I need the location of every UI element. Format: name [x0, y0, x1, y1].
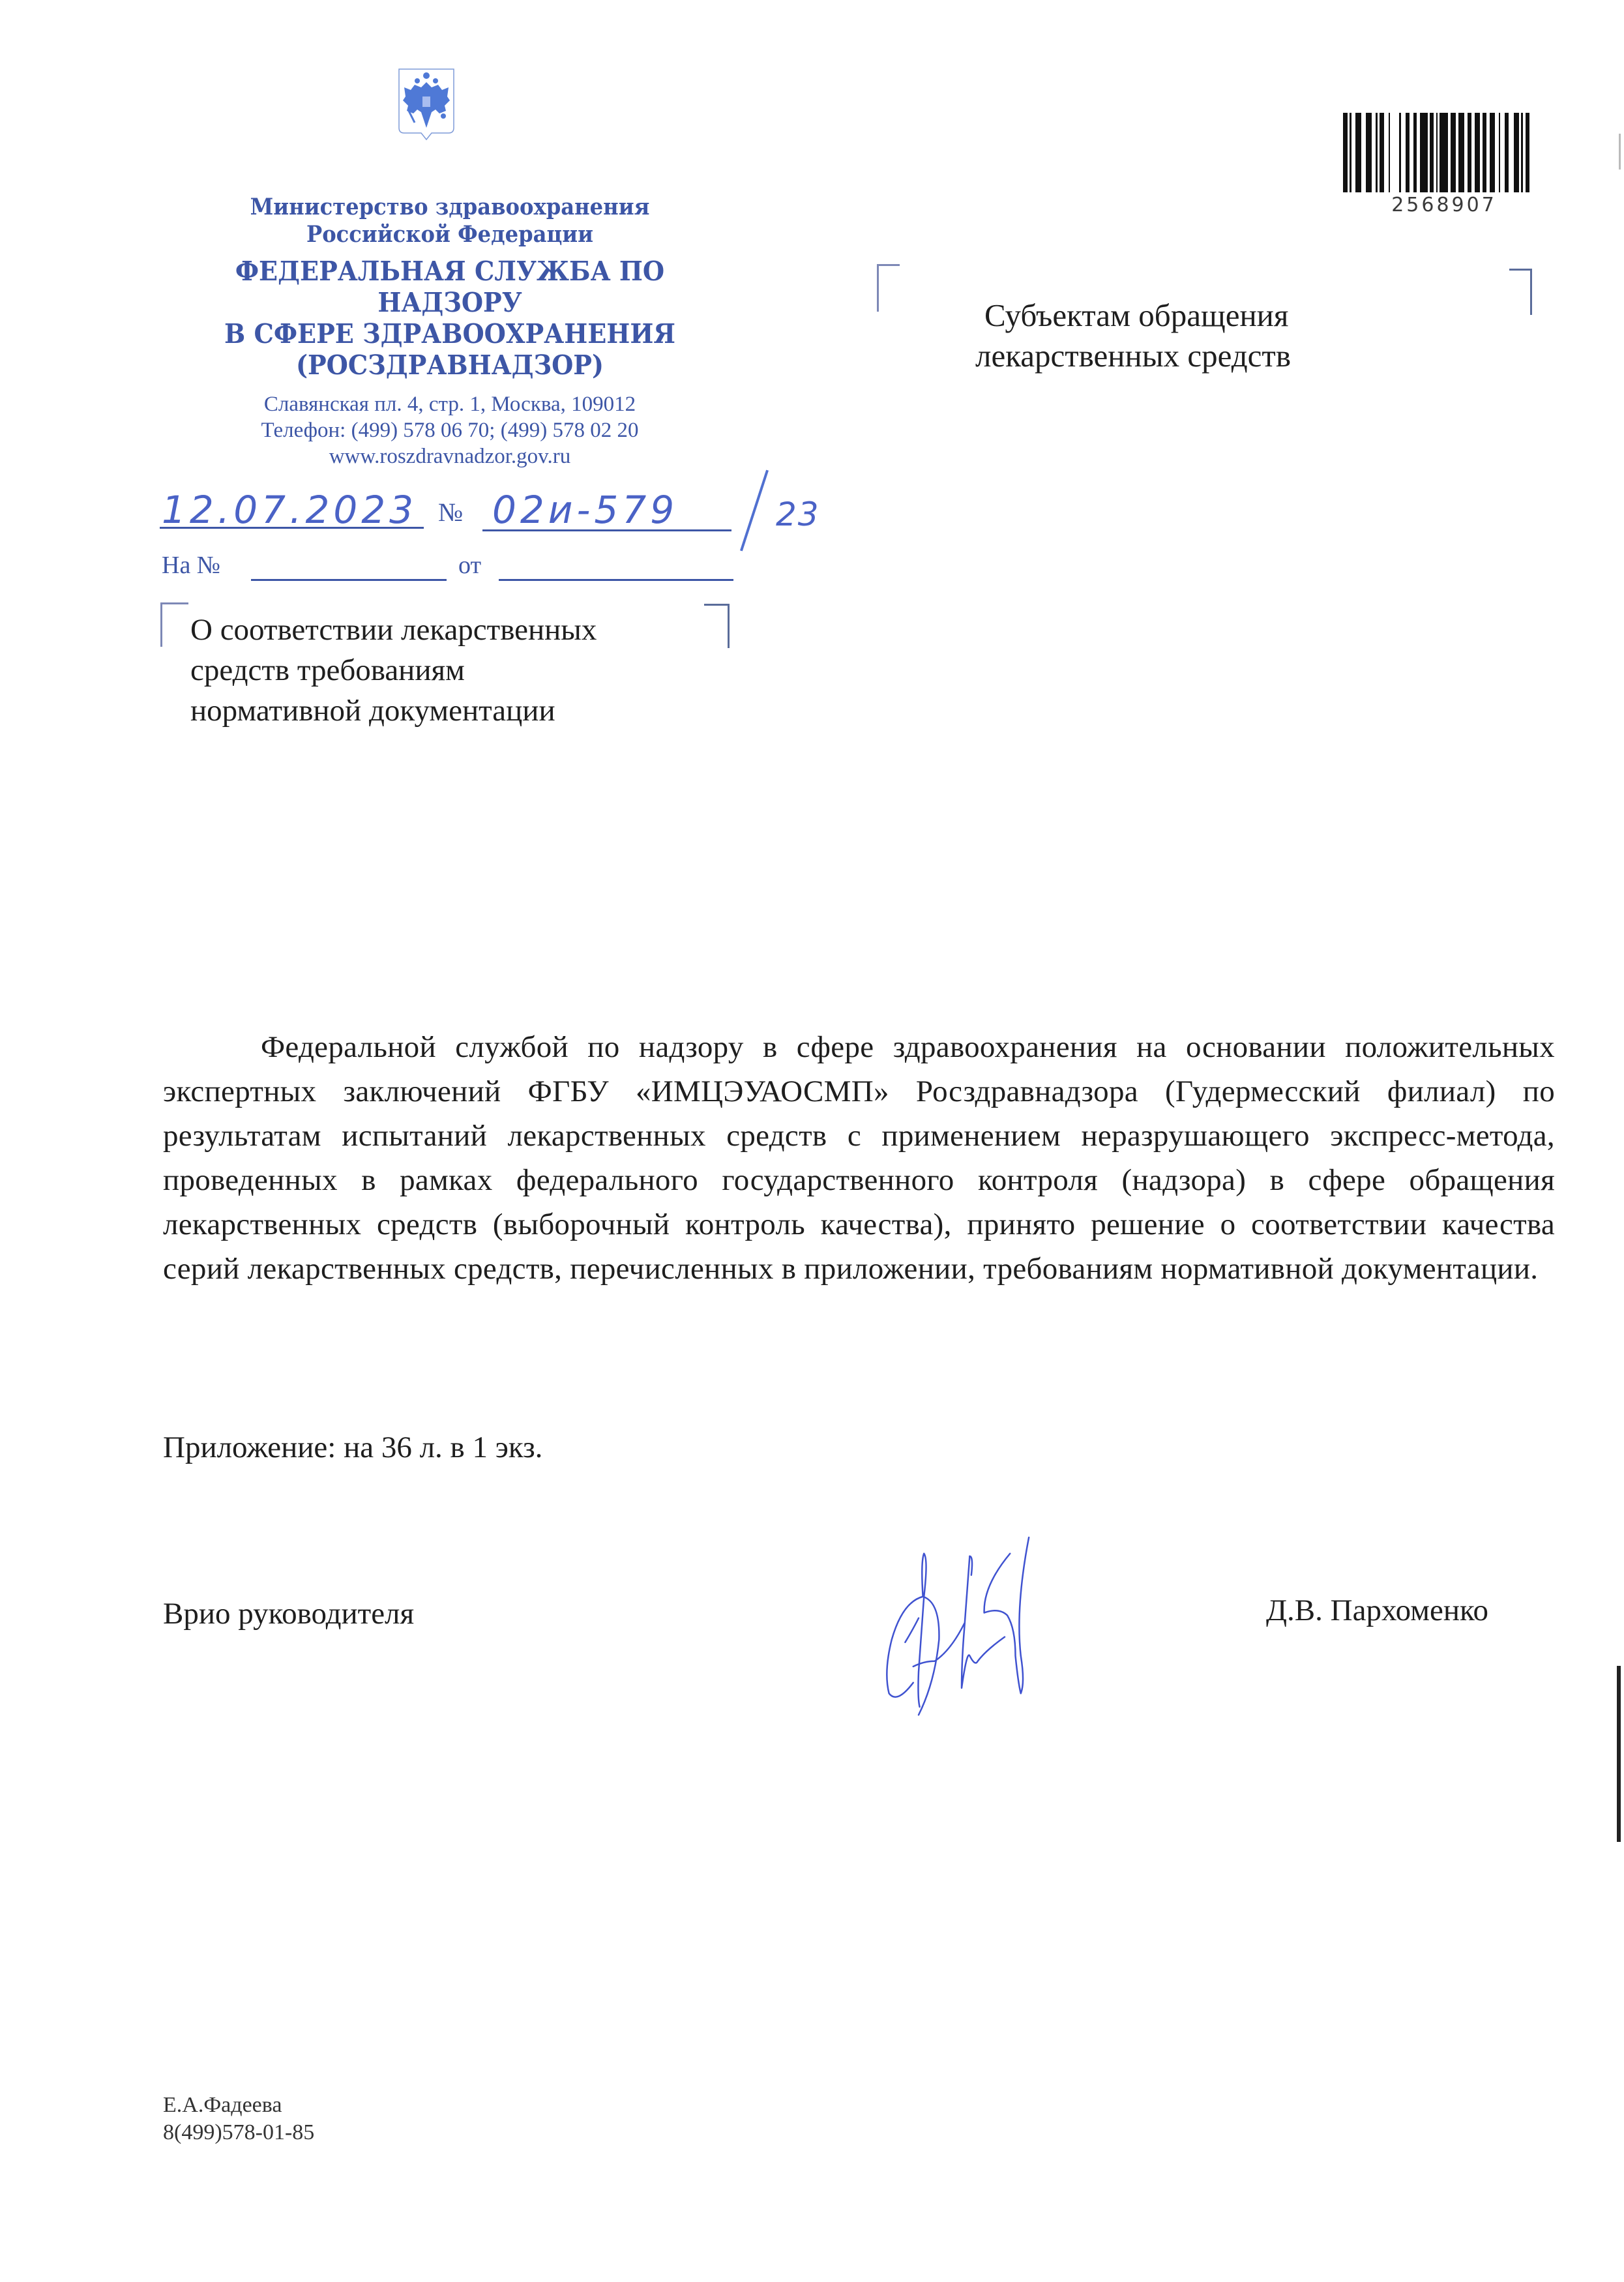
- subject-bracket-left: [160, 602, 188, 647]
- subject-line-1: О соответствии лекарственных: [190, 610, 597, 650]
- ministry-name: Министерство здравоохранения Российской …: [174, 194, 726, 248]
- reply-to-number-field: [251, 579, 447, 581]
- ministry-line-1: Министерство здравоохранения: [174, 194, 726, 221]
- subject-line-3: нормативной документации: [190, 690, 597, 731]
- scan-edge-mark: [1617, 1666, 1621, 1842]
- agency-phone: Телефон: (499) 578 06 70; (499) 578 02 2…: [150, 417, 750, 443]
- agency-name: ФЕДЕРАЛЬНАЯ СЛУЖБА ПО НАДЗОРУ В СФЕРЕ ЗД…: [171, 256, 729, 381]
- registration-number-suffix: 23: [776, 496, 820, 533]
- subject-bracket-right: [704, 604, 730, 648]
- russian-coat-of-arms-icon: [398, 68, 455, 143]
- executor-name: Е.А.Фадеева: [163, 2092, 314, 2119]
- registration-number: 02и-579: [492, 488, 740, 532]
- agency-address: Славянская пл. 4, стр. 1, Москва, 109012: [150, 391, 750, 417]
- addressee-line-1: Субъектам обращения: [984, 295, 1454, 336]
- registration-number-label: №: [438, 497, 463, 527]
- barcode-icon: [1343, 113, 1532, 194]
- agency-website: www.roszdravnadzor.gov.ru: [150, 443, 750, 469]
- agency-line-3: (РОСЗДРАВНАДЗОР): [171, 349, 729, 381]
- executor-info: Е.А.Фадеева 8(499)578-01-85: [163, 2092, 314, 2146]
- executor-phone: 8(499)578-01-85: [163, 2119, 314, 2146]
- ministry-line-2: Российской Федерации: [174, 221, 726, 248]
- attachment-note: Приложение: на 36 л. в 1 экз.: [163, 1430, 542, 1465]
- addressee-bracket-right: [1509, 269, 1532, 315]
- reply-to-label: На №: [162, 551, 220, 580]
- signer-title: Врио руководителя: [163, 1596, 414, 1631]
- signer-name: Д.В. Пархоменко: [1266, 1593, 1488, 1628]
- reply-from-label: от: [458, 551, 481, 580]
- registration-date-underline: [160, 527, 424, 529]
- reply-from-date-field: [499, 579, 733, 581]
- agency-contacts: Славянская пл. 4, стр. 1, Москва, 109012…: [150, 391, 750, 469]
- letter-body: Федеральной службой по надзору в сфере з…: [163, 1025, 1555, 1291]
- handwritten-signature-icon: [854, 1513, 1069, 1734]
- scan-edge-mark: [1619, 134, 1621, 170]
- subject-line-2: средств требованиям: [190, 650, 597, 690]
- addressee: Субъектам обращения лекарственных средст…: [984, 295, 1454, 376]
- letter-subject: О соответствии лекарственных средств тре…: [190, 610, 597, 731]
- addressee-bracket-left: [877, 264, 900, 312]
- agency-line-2: В СФЕРЕ ЗДРАВООХРАНЕНИЯ: [171, 318, 729, 349]
- addressee-line-2: лекарственных средств: [975, 336, 1454, 376]
- registration-number-underline: [482, 529, 731, 531]
- registration-date: 12.07.2023: [162, 488, 422, 532]
- agency-line-1: ФЕДЕРАЛЬНАЯ СЛУЖБА ПО НАДЗОРУ: [171, 256, 729, 318]
- registration-slash: [740, 470, 769, 552]
- barcode-number: 2568907: [1369, 194, 1519, 216]
